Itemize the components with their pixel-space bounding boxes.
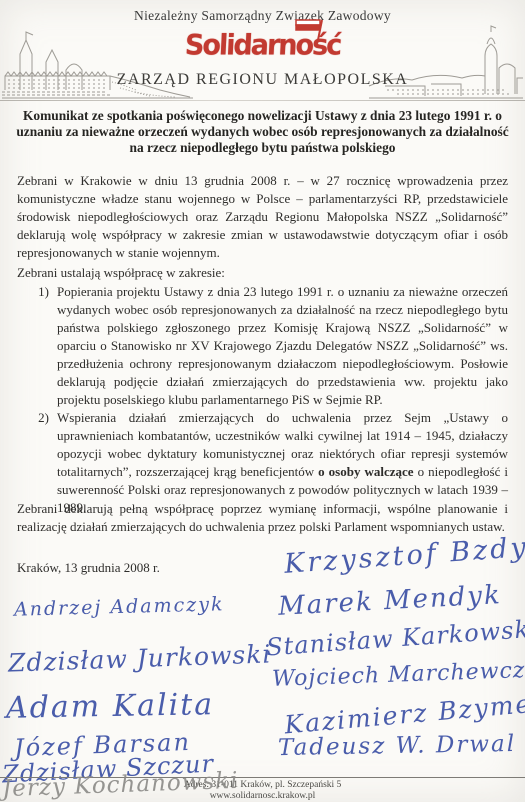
signature-wojciech-marchewczyk: Wojciech Marchewczyk [272,657,525,692]
signature-marek-mendyk: Marek Mendyk [277,580,502,622]
closing-paragraph: Zebrani deklarują pełną współpracę poprz… [17,500,508,536]
signature-andrzej-adamczyk: Andrzej Adamczyk [14,593,225,621]
signature-krzysztof-bzdyl: Krzysztof Bzdyl [283,531,525,580]
place-date-line: Kraków, 13 grudnia 2008 r. [17,560,160,576]
signature-adam-kalita: Adam Kalita [6,687,215,726]
signature-stanislaw-karkowski: Stanisław Karkowski [265,615,525,662]
solidarnosc-logo: Solidarność [185,30,340,61]
list-item-2-number: 2) [17,409,57,427]
list-item-1: 1) Popierania projektu Ustawy z dnia 23 … [17,283,508,409]
list-item-1-text: Popierania projektu Ustawy z dnia 23 lut… [57,283,508,409]
polish-flag-icon [292,18,326,40]
list-item-2-bold-phrase: o osoby walczące [318,464,413,479]
scanned-communique-page: Niezależny Samorządny Związek Zawodowy S… [0,0,525,802]
document-title: Komunikat ze spotkania poświęconego nowe… [14,108,511,156]
opening-paragraph: Zebrani w Krakowie w dniu 13 grudnia 200… [17,172,508,262]
agreement-list: 1) Popierania projektu Ustawy z dnia 23 … [17,283,508,517]
list-intro-line: Zebrani ustalają współpracę w zakresie: [17,265,225,281]
header-ground-line [0,100,525,101]
signature-zdzislaw-jurkowski: Zdzisław Jurkowski [8,639,272,677]
list-item-1-number: 1) [17,283,57,301]
signature-tadeusz-drwal: Tadeusz W. Drwal [278,731,517,761]
region-board-line: ZARZĄD REGIONU MAŁOPOLSKA [0,71,525,89]
